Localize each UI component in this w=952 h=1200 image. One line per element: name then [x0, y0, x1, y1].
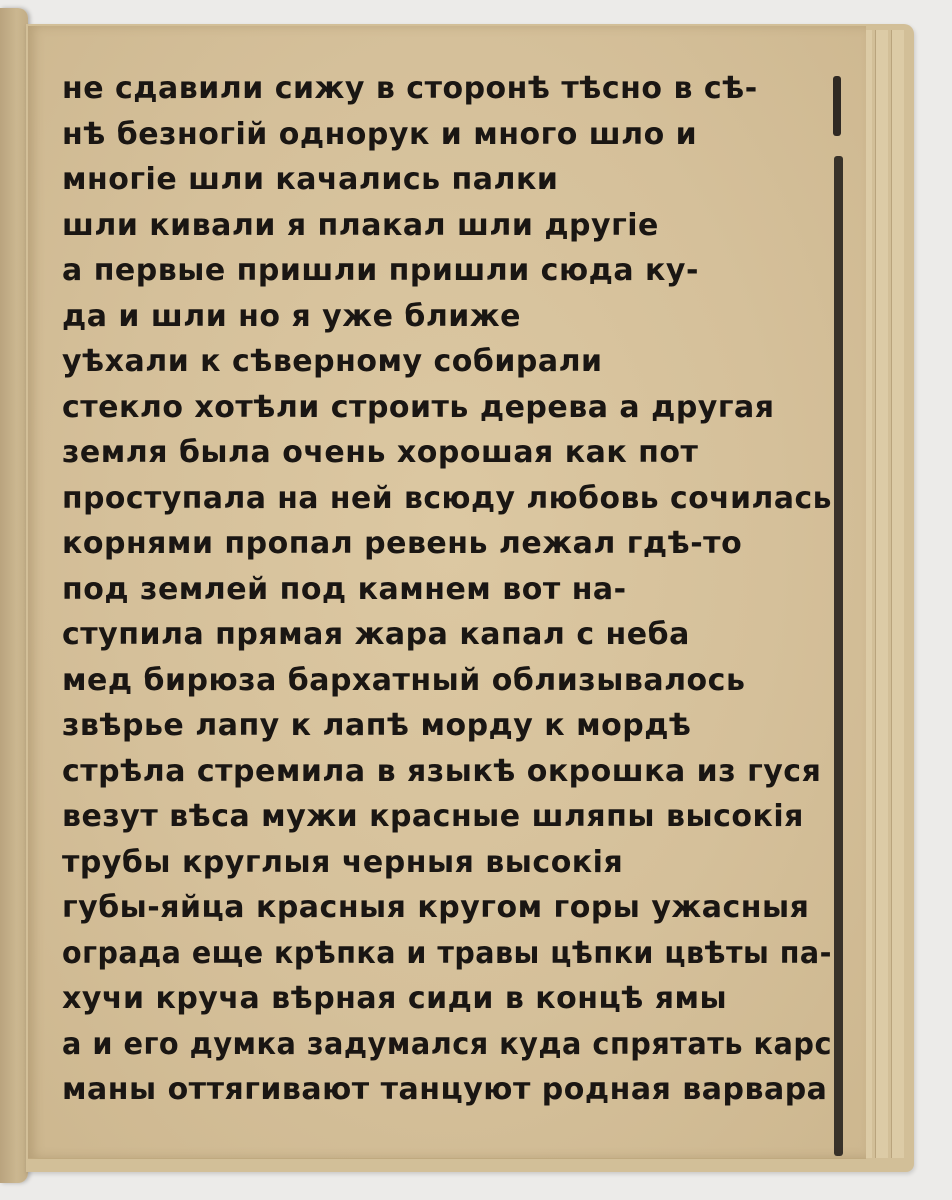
text-line: под землей под камнем вот на-	[62, 567, 842, 613]
text-line: а и его думка задумался куда спрятать ка…	[62, 1022, 809, 1068]
page-leaf	[891, 30, 904, 1158]
text-line: ограда еще крѣпка и травы цѣпки цвѣты па…	[62, 931, 804, 977]
text-line: земля была очень хорошая как пот	[62, 430, 842, 476]
text-line: трубы круглыя черныя высокiя	[62, 840, 842, 886]
text-line: корнями пропал ревень лежал гдѣ-то	[62, 521, 842, 567]
text-line: стекло хотѣли строить дерева а другая	[62, 385, 842, 431]
text-line: стрѣла стремила в языкѣ окрошка из гуся	[62, 749, 842, 795]
text-line: да и шли но я уже ближе	[62, 294, 842, 340]
text-line: мед бирюза бархатный облизывалось	[62, 658, 842, 704]
text-line: ступила прямая жара капал с неба	[62, 612, 842, 658]
text-line: многiе шли качались палки	[62, 157, 842, 203]
facing-page-edge	[0, 8, 28, 1183]
text-line: проступала на ней всюду любовь сочилась	[62, 476, 837, 522]
text-line: уѣхали к сѣверному собирали	[62, 339, 842, 385]
text-line: не сдавили сижу в сторонѣ тѣсно в сѣ-	[62, 66, 842, 112]
text-line: хучи круча вѣрная сиди в концѣ ямы	[62, 976, 842, 1022]
handwritten-text: не сдавили сижу в сторонѣ тѣсно в сѣ- нѣ…	[62, 66, 842, 1113]
text-line: нѣ безногiй однорук и много шло и	[62, 112, 842, 158]
text-line: маны оттягивают танцуют родная варвара	[62, 1067, 842, 1113]
text-line: шли кивали я плакал шли другiе	[62, 203, 842, 249]
text-line: везут вѣса мужи красные шляпы высокiя	[62, 794, 842, 840]
page-leaf	[875, 30, 888, 1158]
text-line: а первые пришли пришли сюда ку-	[62, 248, 842, 294]
text-line: губы-яйца красныя кругом горы ужасныя	[62, 885, 842, 931]
text-line: звѣрье лапу к лапѣ морду к мордѣ	[62, 703, 842, 749]
